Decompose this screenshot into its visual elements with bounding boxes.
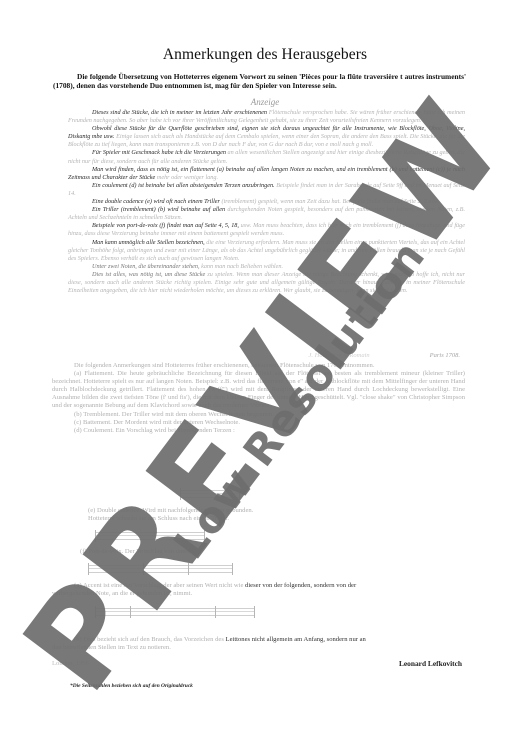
barline <box>130 606 131 618</box>
barline <box>95 530 96 542</box>
note-e-line2: Hotteterre schreibt sie am Schluss nach … <box>88 515 388 523</box>
footnote: *Die Seitenzahlen beziehen sich auf den … <box>70 683 193 689</box>
barline <box>204 530 205 542</box>
paragraph-text: Beispiele von port-de-voix (f) findet ma… <box>92 222 239 229</box>
signoff-place-date: Paris 1708. <box>430 352 460 359</box>
note-g: (g) Accent ist eine Art Vorschlag, der a… <box>52 582 465 598</box>
music-example-coulement <box>180 490 240 498</box>
anzeige-paragraph: Man kann unmöglich alle Stellen bezeichn… <box>68 239 465 263</box>
paragraph-text: Für Spieler mit Geschmack habe ich die V… <box>92 149 226 156</box>
paragraph-text: Man wird finden, dass es nötig ist, ein … <box>68 166 465 181</box>
anzeige-section: Dieses sind die Stücke, die ich in meine… <box>68 109 465 295</box>
music-example-accent <box>95 608 255 616</box>
place-date: London, 1956 <box>52 660 89 667</box>
intro-text: Die folgende Übersetzung von Hotteterres… <box>53 72 466 90</box>
note-e: (e) Double cadence. Wird mit nachfolgend… <box>88 507 388 523</box>
note-g-faint: (g) Accent ist eine Art Vorschlag, der a… <box>74 582 243 589</box>
note-h-line1: (h) Dies bezieht sich auf den Brauch, da… <box>52 636 465 644</box>
paragraph-text-faint: (tremblement) gespielt, wenn man Zeit da… <box>220 198 439 205</box>
page-title: Anmerkungen des Herausgebers <box>0 46 530 64</box>
signoff-author: J. Hotteterre le Romain <box>309 352 370 359</box>
note-d: (d) Coulement. Ein Vorschlag wird bei ab… <box>52 427 465 435</box>
anzeige-paragraph: Dies ist alles, was nötig ist, um diese … <box>68 271 465 295</box>
note-b: (b) Tremblement. Der Triller wird mit de… <box>52 411 465 419</box>
note-h-faint: (h) Dies bezieht sich auf den Brauch, da… <box>74 636 224 643</box>
music-example-double-cadence <box>95 532 205 540</box>
anzeige-paragraph: Dieses sind die Stücke, die ich in meine… <box>68 109 465 125</box>
paragraph-text: Eine double cadence (e) wird oft nach ei… <box>92 198 220 205</box>
barline <box>180 488 181 500</box>
barline <box>232 563 233 575</box>
note-e-line1: (e) Double cadence. Wird mit nachfolgend… <box>88 507 388 515</box>
barline <box>188 563 189 575</box>
anzeige-paragraph: Obwohl diese Stücke für die Querflöte ge… <box>68 125 465 149</box>
intro-paragraph: Die folgende Übersetzung von Hotteterres… <box>53 72 466 91</box>
paragraph-text: Man kann unmöglich alle Stellen bezeichn… <box>92 239 205 246</box>
document-page: Anmerkungen des Herausgebers Die folgend… <box>0 0 530 750</box>
paragraph-text-faint: mehr oder weniger lang. <box>155 174 218 181</box>
note-h: (h) Dies bezieht sich auf den Brauch, da… <box>52 636 465 652</box>
barline <box>95 606 96 618</box>
paragraph-text: Dieses sind die Stücke, die ich in meine… <box>92 109 267 116</box>
paragraph-text: Ein Triller (tremblement) (b) wird beina… <box>92 206 225 213</box>
anzeige-signoff: J. Hotteterre le RomainParis 1708. <box>309 352 460 359</box>
anzeige-paragraph: Ein Triller (tremblement) (b) wird beina… <box>68 206 465 222</box>
note-f: (f) Port-de-voix. Der Vorschlag von unte… <box>80 548 380 556</box>
anzeige-paragraph: Man wird finden, dass es nötig ist, ein … <box>68 166 465 182</box>
barline <box>88 563 89 575</box>
anzeige-paragraph: Beispiele von port-de-voix (f) findet ma… <box>68 222 465 238</box>
editor-notes: Die folgenden Anmerkungen sind Hotteterr… <box>52 362 465 435</box>
paragraph-text-faint: Einige lassen sich auch als Handstücke a… <box>68 133 465 148</box>
author-signature: Leonard Lefkovitch <box>399 659 462 668</box>
notes-intro: Die folgenden Anmerkungen sind Hotteterr… <box>52 362 465 370</box>
note-g-line1: (g) Accent ist eine Art Vorschlag, der a… <box>52 582 465 590</box>
anzeige-heading: Anzeige <box>0 97 530 107</box>
note-c: (c) Battement. Der Mordent wird mit der … <box>52 419 465 427</box>
barline <box>215 606 216 618</box>
paragraph-text-faint: kann man nach Belieben wählen. <box>200 263 284 270</box>
anzeige-paragraph: Für Spieler mit Geschmack habe ich die V… <box>68 149 465 165</box>
note-g-line2: vorhergehenden Note, an die er gebunden … <box>52 590 465 598</box>
note-g-dark: dieser von der folgenden, sondern von de… <box>243 582 356 589</box>
paragraph-text: Dies ist alles, was nötig ist, um diese … <box>92 271 205 278</box>
music-example-port-de-voix <box>88 565 233 573</box>
anzeige-paragraph: Eine double cadence (e) wird oft nach ei… <box>68 198 465 206</box>
paragraph-text: Ein coulement (d) ist beinahe bei allen … <box>92 182 275 189</box>
note-a: (a) Flattement. Die heute gebräuchliche … <box>52 370 465 410</box>
barline <box>143 563 144 575</box>
anzeige-paragraph: Unter zwei Noten, die übereinander stehe… <box>68 263 465 271</box>
barline <box>239 488 240 500</box>
barline <box>254 606 255 618</box>
note-h-dark: Leittones nicht allgemein am Anfang, son… <box>224 636 366 643</box>
note-h-line2: den betreffenden Stellen im Text zu noti… <box>52 644 465 652</box>
anzeige-paragraph: Ein coulement (d) ist beinahe bei allen … <box>68 182 465 198</box>
paragraph-text: Unter zwei Noten, die übereinander stehe… <box>92 263 200 270</box>
